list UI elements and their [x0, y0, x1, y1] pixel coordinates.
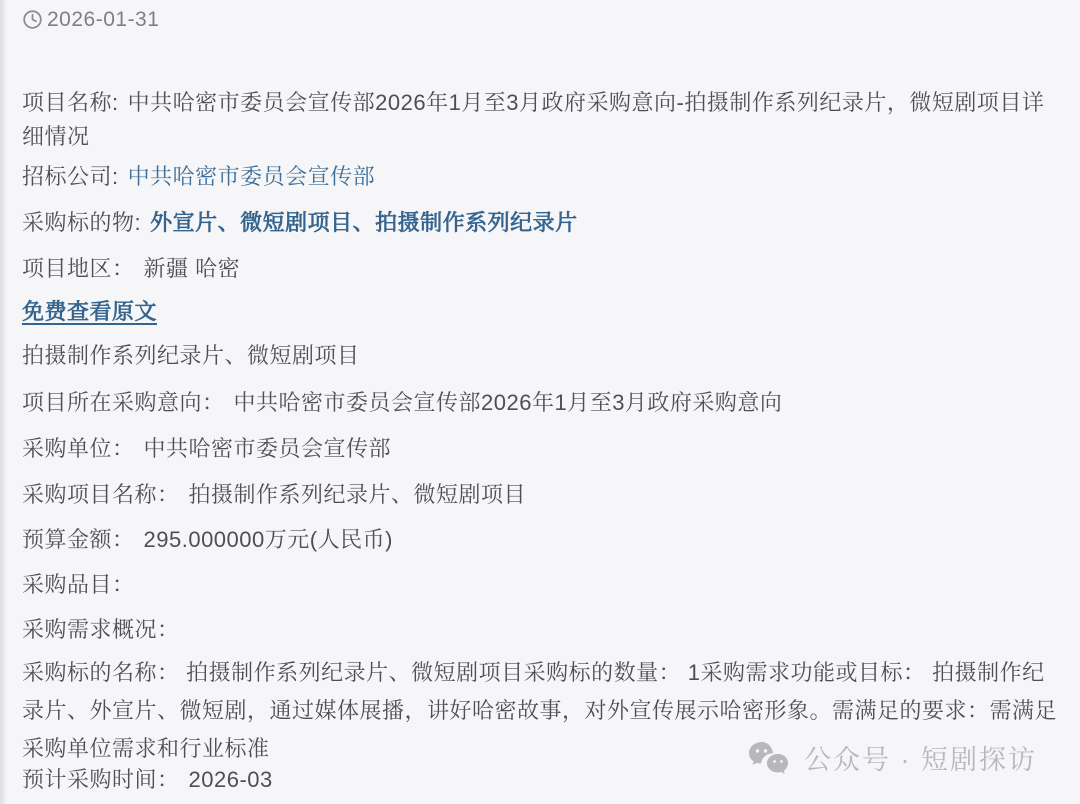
- watermark: 公众号 · 短剧探访: [748, 738, 1037, 777]
- publish-date: 2026-01-31: [47, 6, 159, 33]
- wechat-icon: [748, 740, 792, 776]
- project-name-label: 项目名称:: [22, 90, 119, 115]
- bid-company-row: 招标公司:中共哈密市委员会宣传部: [22, 163, 1052, 190]
- subtitle-text: 拍摄制作系列纪录片、微短剧项目: [22, 343, 360, 368]
- subtitle-row: 拍摄制作系列纪录片、微短剧项目: [22, 342, 1052, 369]
- project-region-row: 项目地区：新疆 哈密: [22, 255, 1052, 282]
- budget-label: 预算金额：: [22, 527, 135, 552]
- left-edge-shade: [0, 0, 7, 804]
- project-title-row: 采购项目名称：拍摄制作系列纪录片、微短剧项目: [22, 481, 1052, 508]
- publish-date-row: 2026-01-31: [22, 6, 1052, 33]
- procurement-subject-link[interactable]: 外宣片、微短剧项目、拍摄制作系列纪录片: [150, 210, 578, 235]
- procurement-subject-row: 采购标的物:外宣片、微短剧项目、拍摄制作系列纪录片: [22, 209, 1052, 236]
- watermark-text: 公众号 · 短剧探访: [804, 738, 1037, 777]
- expected-time-value: 2026-03: [189, 767, 273, 792]
- project-name-value: 中共哈密市委员会宣传部2026年1月至3月政府采购意向-拍摄制作系列纪录片，微短…: [22, 90, 1044, 149]
- project-title-value: 拍摄制作系列纪录片、微短剧项目: [189, 482, 527, 507]
- project-name-row: 项目名称:中共哈密市委员会宣传部2026年1月至3月政府采购意向-拍摄制作系列纪…: [22, 86, 1054, 154]
- project-region-value: 新疆 哈密: [144, 256, 241, 281]
- intent-row: 项目所在采购意向：中共哈密市委员会宣传部2026年1月至3月政府采购意向: [22, 389, 1052, 416]
- budget-row: 预算金额：295.000000万元(人民币): [22, 526, 1052, 553]
- clock-icon: [22, 9, 43, 30]
- purchaser-value: 中共哈密市委员会宣传部: [144, 436, 392, 461]
- intent-value: 中共哈密市委员会宣传部2026年1月至3月政府采购意向: [234, 390, 783, 415]
- project-title-label: 采购项目名称：: [22, 482, 180, 507]
- purchaser-label: 采购单位：: [22, 436, 135, 461]
- bid-company-label: 招标公司:: [22, 164, 119, 189]
- procurement-subject-label: 采购标的物:: [22, 210, 141, 235]
- article-page: 2026-01-31 项目名称:中共哈密市委员会宣传部2026年1月至3月政府采…: [0, 0, 1080, 804]
- project-region-label: 项目地区：: [22, 256, 135, 281]
- category-label: 采购品目：: [22, 572, 135, 597]
- free-view-row: 免费查看原文: [22, 298, 1052, 325]
- budget-value: 295.000000万元(人民币): [144, 527, 393, 552]
- bid-company-link[interactable]: 中共哈密市委员会宣传部: [128, 164, 376, 189]
- demand-overview-row: 采购需求概况：: [22, 616, 1052, 643]
- category-row: 采购品目：: [22, 571, 1052, 598]
- expected-time-label: 预计采购时间：: [22, 767, 180, 792]
- intent-label: 项目所在采购意向：: [22, 390, 225, 415]
- free-view-original-link[interactable]: 免费查看原文: [22, 299, 157, 324]
- purchaser-row: 采购单位：中共哈密市委员会宣传部: [22, 435, 1052, 462]
- demand-overview-label: 采购需求概况：: [22, 617, 180, 642]
